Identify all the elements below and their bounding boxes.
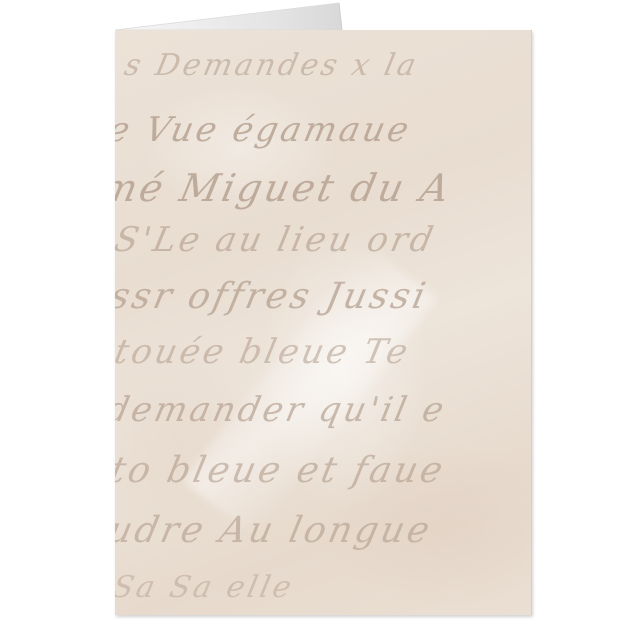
handwriting-line: ssr offres Jussi — [115, 276, 432, 317]
handwriting-line: udre Au longue — [115, 510, 436, 551]
handwriting-line: touée bleue Te — [115, 332, 414, 372]
greeting-card-front: s Demandes x la e Vue égamaue mé Miguet … — [115, 30, 532, 615]
handwriting-line: e Vue égamaue — [115, 110, 415, 150]
handwriting-line: demander qu'il e — [115, 390, 450, 430]
handwriting-line: s Demandes x la — [121, 48, 422, 83]
handwriting-line: mé Miguet du A — [115, 166, 456, 210]
handwriting-line: S'Le au lieu ord — [115, 220, 439, 260]
handwriting-line: to bleue et faue — [115, 450, 449, 491]
handwriting-line: Sa Sa elle — [115, 570, 297, 605]
